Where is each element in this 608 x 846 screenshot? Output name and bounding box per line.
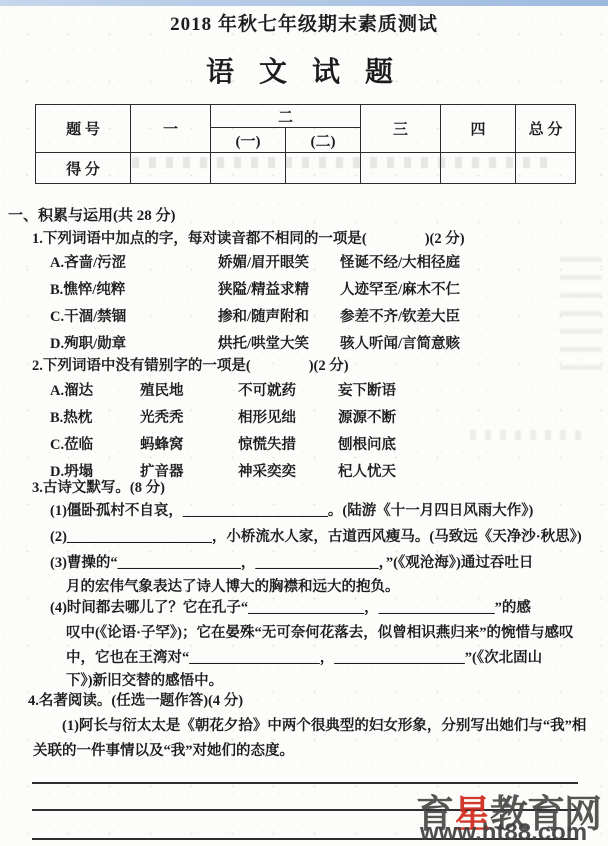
q1-option-b-col2: 狭隘/精益求精 [218, 280, 309, 300]
q2-option-b-col3: 相形见绌 [238, 408, 296, 428]
score-table-col-two: 二 [211, 105, 361, 128]
q4-text-line-2: 关联的一件事情以及“我”对她们的态度。 [33, 741, 294, 761]
q2-option-c-col4: 刨根问底 [338, 435, 396, 455]
q1-option-c-col1: C.干涸/禁锢 [50, 307, 126, 327]
q2-option-b-col2: 光秃秃 [140, 408, 184, 428]
score-cell-1 [131, 153, 211, 184]
q2-option-b-col4: 源源不断 [338, 408, 396, 428]
q2-option-c-col3: 惊慌失措 [238, 435, 296, 455]
q3-blank-line-4-cont1: 叹中(《论语·子罕》)；它在晏殊“无可奈何花落去，似曾相识燕归来”的惋惜与感叹 [66, 623, 574, 643]
exam-subject-title: 语 文 试 题 [0, 50, 608, 90]
q2-option-a-col4: 妄下断语 [338, 381, 396, 401]
q1-option-d-col2: 烘托/哄堂大笑 [218, 334, 309, 354]
q2-option-c-col1: C.莅临 [50, 435, 93, 455]
q2-option-c-col2: 蚂蜂窝 [140, 435, 184, 455]
question-1-stem: 1.下列词语中加点的字，每对读音都不相同的一项是( )(2 分) [32, 229, 465, 249]
q1-option-c-col2: 掺和/随声附和 [218, 307, 309, 327]
q1-option-d-col1: D.殉职/勋章 [50, 334, 126, 354]
score-cell-3 [286, 153, 361, 184]
watermark-url: www.ht88.com [420, 819, 587, 846]
q3-blank-line-2: (2)____________________，小桥流水人家，古道西风瘦马。(马… [50, 527, 582, 547]
q1-option-b-col1: B.憔悴/纯粹 [50, 280, 125, 300]
q3-blank-line-3-cont: 月的宏伟气象表达了诗人博大的胸襟和远大的抱负。 [66, 577, 400, 597]
q1-option-a-col2: 娇媚/眉开眼笑 [218, 253, 309, 273]
score-cell-4 [361, 153, 441, 184]
q2-option-a-col2: 殖民地 [140, 381, 184, 401]
q3-blank-line-4-cont2: 中，它也在王湾对“__________________，____________… [66, 648, 542, 668]
q1-option-c-col3: 参差不齐/钦差大臣 [340, 307, 460, 327]
score-cell-total [516, 153, 576, 184]
exam-paper-page: 2018 年秋七年级期末素质测试 语 文 试 题 题 号 一 二 三 四 总 分… [0, 0, 608, 846]
scan-noise [470, 430, 590, 440]
score-cell-2 [211, 153, 286, 184]
q3-blank-line-4: (4)时间都去哪儿了？它在孔子“________________，_______… [50, 598, 531, 618]
q3-blank-line-3: (3)曹操的“_________________，_______________… [50, 553, 533, 573]
score-table: 题 号 一 二 三 四 总 分 (一) (二) 得 分 [35, 104, 576, 184]
score-table-col-two-sub1: (一) [211, 128, 286, 153]
section-heading: 一、积累与运用(共 28 分) [8, 206, 176, 226]
score-table-col-four: 四 [441, 105, 516, 153]
score-table-score-label: 得 分 [36, 153, 131, 184]
scan-edge-strip [0, 0, 608, 6]
q2-option-a-col1: A.溜达 [50, 381, 93, 401]
q1-option-d-col3: 骇人听闻/言简意赅 [340, 334, 460, 354]
q2-option-a-col3: 不可就药 [238, 381, 296, 401]
score-table-col-total: 总 分 [516, 105, 576, 153]
scan-noise [560, 250, 602, 370]
q2-option-d-col3: 神采奕奕 [238, 462, 296, 482]
q2-option-d-col4: 杞人忧天 [338, 462, 396, 482]
score-table-col-one: 一 [131, 105, 211, 153]
q2-option-b-col1: B.热枕 [50, 408, 92, 428]
question-4-stem: 4.名著阅读。(任选一题作答)(4 分) [28, 691, 243, 711]
q3-blank-line-4-cont3: 下》)新旧交替的感悟中。 [66, 671, 223, 691]
question-3-stem: 3.古诗文默写。(8 分) [32, 478, 165, 498]
score-table-header-label: 题 号 [36, 105, 131, 153]
q1-option-a-col3: 怪诞不经/大相径庭 [340, 253, 460, 273]
q4-text-line-1: (1)阿长与衍太太是《朝花夕拾》中两个很典型的妇女形象，分别写出她们与“我”相 [62, 716, 586, 736]
q3-blank-line-1: (1)僵卧孤村不自哀，____________________。(陆游《十一月四… [50, 501, 533, 521]
question-2-stem: 2.下列词语中没有错别字的一项是( )(2 分) [32, 356, 349, 376]
q1-option-b-col3: 人迹罕至/麻木不仁 [340, 280, 460, 300]
exam-title: 2018 年秋七年级期末素质测试 [0, 9, 608, 36]
score-cell-5 [441, 153, 516, 184]
score-table-col-three: 三 [361, 105, 441, 153]
score-table-col-two-sub2: (二) [286, 128, 361, 153]
q1-option-a-col1: A.吝啬/污涩 [50, 253, 126, 273]
